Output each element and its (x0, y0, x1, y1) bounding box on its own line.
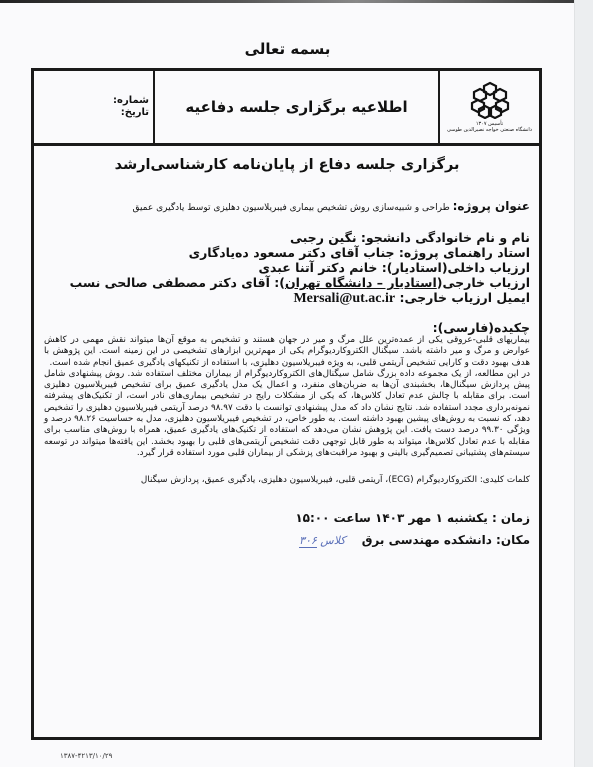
external-examiner-affiliation: استادیار – دانشگاه تهران (285, 275, 437, 290)
scan-edge-right (574, 0, 593, 767)
handwritten-room-note: کلاس ۳۰۶ (299, 534, 345, 547)
kntu-logo-icon (469, 81, 511, 119)
defense-place: مکان: دانشکده مهندسی برق کلاس ۳۰۶ (44, 533, 530, 547)
announcement-body: برگزاری جلسه دفاع از پایان‌نامه کارشناسی… (44, 143, 530, 547)
number-label: شماره: (34, 95, 149, 107)
project-title-label: عنوان پروژه: (453, 199, 530, 213)
abstract: بیماریهای قلبی-عروقی یکی از عمده‌ترین عل… (44, 335, 530, 459)
meta-cell: شماره: تاریخ: (34, 71, 153, 143)
announcement-title: اطلاعیه برگزاری جلسه دفاعیه (153, 71, 438, 143)
project-title-value: طراحی و شبیه‌سازی روش تشخیص بیماری فیبری… (132, 203, 449, 213)
student-name: نام و نام خانوادگی دانشجو: نگین رجبی (44, 230, 530, 245)
logo-caption: تأسیس ۱۳۰۷ دانشگاه صنعتی خواجه نصیرالدین… (447, 121, 532, 133)
internal-examiner: ارزیاب داخلی(استادیار): خانم دکتر آتنا ع… (44, 260, 530, 275)
supervisor-name: استاد راهنمای پروژه: جناب آقای دکتر مسعو… (44, 245, 530, 260)
bismillah-heading: بسمه تعالی (0, 40, 575, 58)
external-examiner-prefix: ارزیاب خارجی( (437, 275, 530, 290)
abstract-paragraph-2: در این مطالعه، از یک مجموعه داده بزرگ شا… (44, 369, 530, 459)
place-text: مکان: دانشکده مهندسی برق (362, 533, 530, 547)
form-code: ۱۳۸۷-۴۲۱۳/۱۰/۲۹ (60, 752, 112, 760)
external-examiner-email: ایمیل ارزیاب خارجی: Mersali@ut.ac.ir (44, 290, 530, 306)
defense-heading: برگزاری جلسه دفاع از پایان‌نامه کارشناسی… (44, 157, 530, 173)
handwritten-room-number: ۳۰۶ (299, 534, 317, 548)
people-block: نام و نام خانوادگی دانشجو: نگین رجبی است… (44, 230, 530, 306)
defense-time: زمان : یکشنبه ۱ مهر ۱۴۰۳ ساعت ۱۵:۰۰ (44, 511, 530, 525)
handwritten-room-word: کلاس (320, 534, 345, 547)
logo-cell: تأسیس ۱۳۰۷ دانشگاه صنعتی خواجه نصیرالدین… (438, 71, 539, 143)
keywords: کلمات کلیدی: الکتروکاردیوگرام (ECG)، آری… (44, 475, 530, 485)
abstract-paragraph-1: بیماریهای قلبی-عروقی یکی از عمده‌ترین عل… (44, 335, 530, 369)
logo-university-name: دانشگاه صنعتی خواجه نصیرالدین طوسی (447, 127, 532, 133)
email-label: ایمیل ارزیاب خارجی: (395, 290, 530, 305)
abstract-title: چکیده(فارسی): (44, 320, 530, 335)
header-table: تأسیس ۱۳۰۷ دانشگاه صنعتی خواجه نصیرالدین… (31, 68, 542, 146)
email-value: Mersali@ut.ac.ir (293, 291, 395, 306)
external-examiner: ارزیاب خارجی(استادیار – دانشگاه تهران): … (44, 275, 530, 290)
project-title: عنوان پروژه: طراحی و شبیه‌سازی روش تشخیص… (44, 199, 530, 213)
date-label: تاریخ: (34, 107, 149, 119)
external-examiner-suffix: ): آقای دکتر مصطفی صالحی نسب (70, 275, 285, 290)
